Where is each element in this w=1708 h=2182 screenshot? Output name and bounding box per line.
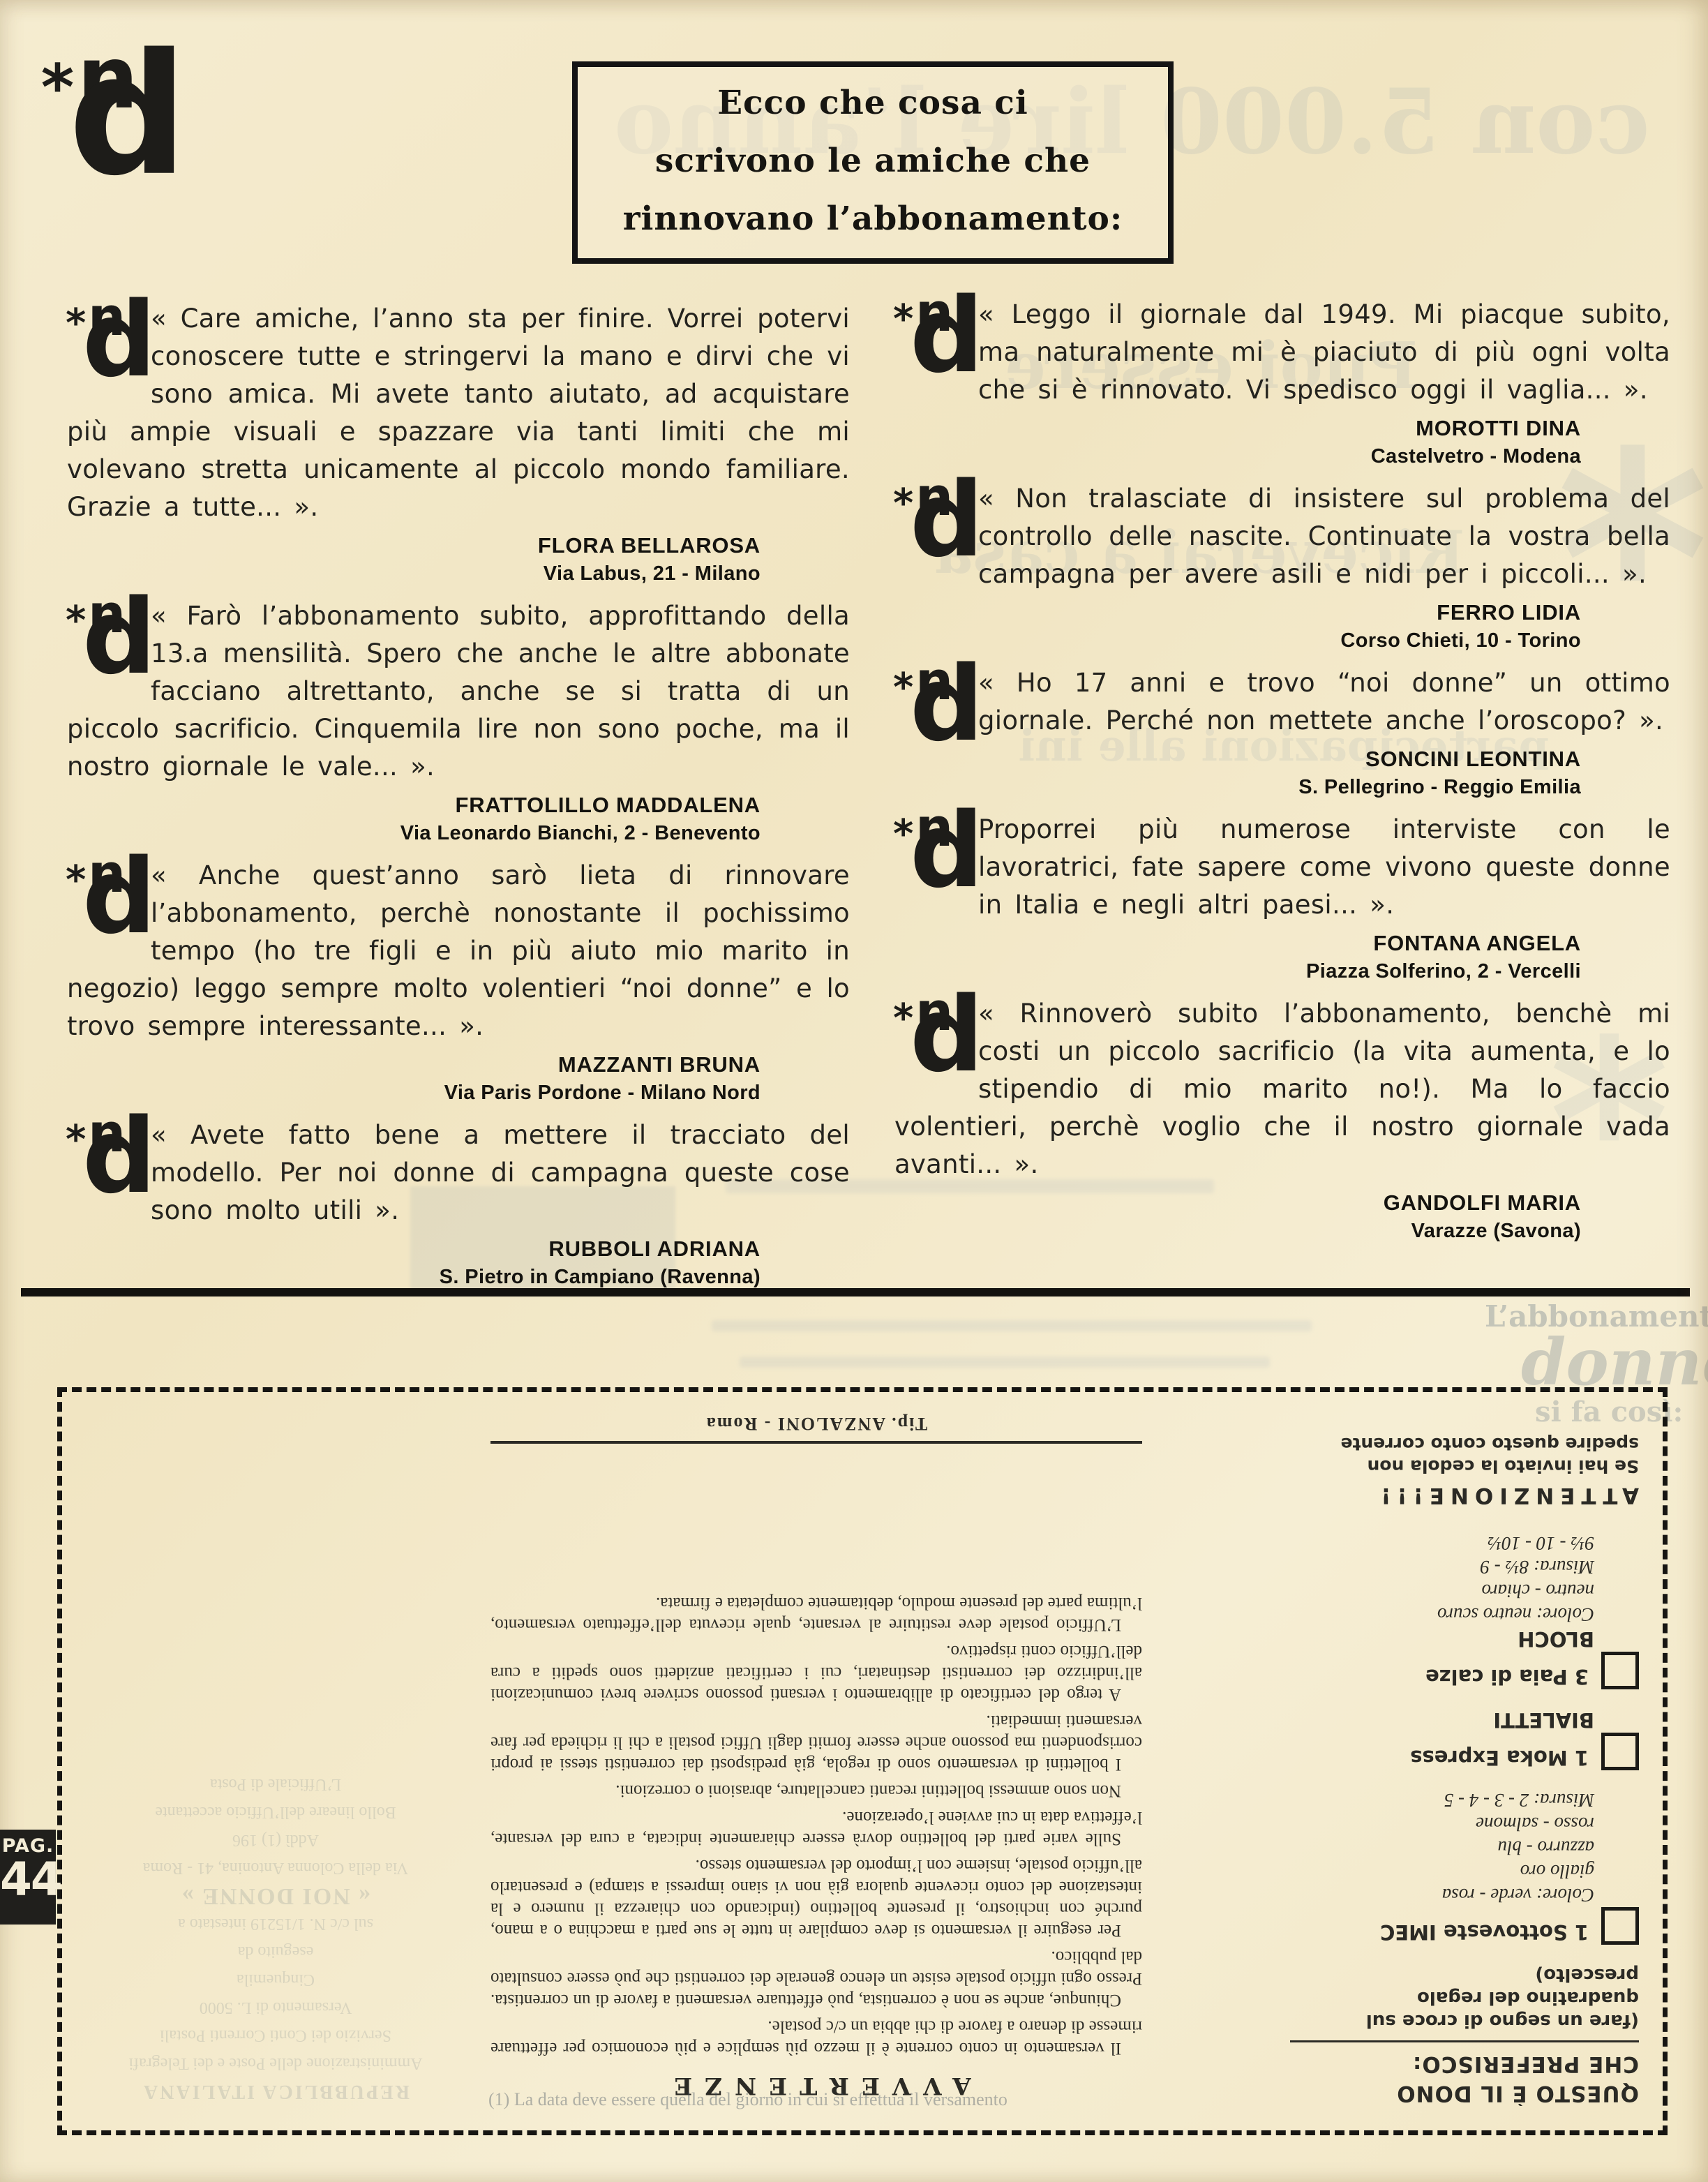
ghost-text: eseguito da [86, 1938, 465, 1966]
noi-donne-logo: * n d [67, 599, 147, 687]
ghost-text-bar [740, 1357, 1270, 1368]
logo-letter-d: d [910, 981, 981, 1089]
letters-column-left: * n d « Care amiche, l’anno sta per fini… [67, 300, 850, 1301]
ghost-text: L’abbonamento [1485, 1299, 1708, 1333]
reader-letter: * n d « Rinnoverò subito l’abbonamento, … [894, 995, 1670, 1245]
signature-name: SONCINI LEONTINA [894, 745, 1581, 773]
noi-donne-logo: * n d [894, 666, 974, 754]
signature-address: S. Pietro in Campiano (Ravenna) [67, 1263, 761, 1291]
gift-item: 1 Sottoveste IMEC Colore: verde - rosa g… [1167, 1788, 1639, 1945]
gift-color-option: neutro - chiaro [1167, 1579, 1639, 1603]
gift-item-brand: BLOCH [1167, 1627, 1639, 1652]
ghost-text: « NOI DONNE » [86, 1882, 465, 1910]
logo-letter-d: d [82, 583, 153, 692]
letter-text: « Anche quest’anno sarò lieta di rinnova… [67, 857, 850, 1045]
letter-signature: SONCINI LEONTINA S. Pellegrino - Reggio … [894, 745, 1670, 801]
avvertenze-paragraph: Chiunque, anche se non è correntista, pu… [490, 1946, 1142, 2011]
gift-item-label: 1 Moka Express [1410, 1745, 1589, 1770]
letter-text: « Rinnoverò subito l’abbonamento, benchè… [894, 995, 1670, 1183]
reader-letter: * n d « Anche quest’anno sarò lieta di r… [67, 857, 850, 1107]
letter-signature: FONTANA ANGELA Piazza Solferino, 2 - Ver… [894, 929, 1670, 985]
ghost-text: sul c/c N. 1/15219 intestato a [86, 1910, 465, 1938]
signature-address: Varazze (Savona) [894, 1217, 1581, 1245]
signature-name: RUBBOLI ADRIANA [67, 1235, 761, 1263]
page-number: 44 [0, 1857, 56, 1903]
gift-heading: QUESTO È IL DONO [1167, 2079, 1639, 2108]
ghost-text: L’Ufficiale di Posta [86, 1770, 465, 1798]
reader-letter: * n d « Farò l’abbonamento subito, appro… [67, 597, 850, 847]
gift-checkbox[interactable] [1601, 1652, 1639, 1689]
noi-donne-logo: * n d [67, 301, 147, 389]
avvertenze-paragraph: Non sono ammessi bollettini recanti canc… [490, 1780, 1142, 1802]
section-divider [21, 1288, 1690, 1297]
letter-signature: GANDOLFI MARIA Varazze (Savona) [894, 1189, 1670, 1245]
gift-item-brand: BIALETTI [1167, 1708, 1639, 1733]
noi-donne-logo: * n d [67, 1118, 147, 1206]
signature-address: Corso Chieti, 10 - Torino [894, 627, 1581, 655]
ghost-text: Addì (1) 196 [86, 1826, 465, 1854]
avvertenze-paragraph: A tergo del certificato di allibramento … [490, 1641, 1142, 1705]
letter-text: « Leggo il giornale dal 1949. Mi piacque… [894, 296, 1670, 409]
signature-name: MOROTTI DINA [894, 414, 1581, 442]
noi-donne-logo: * n d [43, 53, 172, 195]
signature-name: FONTANA ANGELA [894, 929, 1581, 957]
letter-text: Proporrei più numerose interviste con le… [894, 811, 1670, 924]
letter-signature: MAZZANTI BRUNA Via Paris Pordone - Milan… [67, 1051, 850, 1107]
gift-item-label: 1 Sottoveste IMEC [1380, 1920, 1589, 1945]
signature-name: FERRO LIDIA [894, 599, 1581, 627]
reader-letter: * n d Proporrei più numerose interviste … [894, 811, 1670, 985]
ghost-text: Versamento di L. 5000 [86, 1994, 465, 2022]
avvertenze-paragraph: I bollettini di versamento sono di regol… [490, 1710, 1142, 1775]
avvertenze-paragraph: Il versamento in conto corrente è il mez… [490, 2016, 1142, 2059]
avvertenze-paragraph: L’Ufficio postale deve restituire al ver… [490, 1592, 1142, 1636]
letter-signature: FERRO LIDIA Corso Chieti, 10 - Torino [894, 599, 1670, 655]
gift-note: (fare un segno di croce sul quadratino d… [1346, 1963, 1639, 2032]
reader-letter: * n d « Non tralasciate di insistere sul… [894, 480, 1670, 655]
signature-address: Via Paris Pordone - Milano Nord [67, 1079, 761, 1107]
letter-text: « Non tralasciate di insistere sul probl… [894, 480, 1670, 593]
gift-color-option: giallo oro [1167, 1860, 1639, 1883]
logo-letter-d: d [82, 843, 153, 951]
noi-donne-logo: * n d [894, 481, 974, 569]
signature-address: Castelvetro - Modena [894, 442, 1581, 470]
reader-letter: * n d « Leggo il giornale dal 1949. Mi p… [894, 296, 1670, 470]
attention-note: Se hai inviato la cedola non [1167, 1455, 1639, 1477]
gift-size-option: Misura: 8½ - 9 [1167, 1555, 1639, 1579]
ghost-text: REPUBBLICA ITALIANA [86, 2077, 465, 2105]
letter-text: « Farò l’abbonamento subito, approfittan… [67, 597, 850, 786]
letter-signature: FLORA BELLAROSA Via Labus, 21 - Milano [67, 532, 850, 588]
header-line: Ecco che cosa ci [578, 74, 1168, 132]
letter-signature: MOROTTI DINA Castelvetro - Modena [894, 414, 1670, 470]
letter-text: « Care amiche, l’anno sta per finire. Vo… [67, 300, 850, 526]
ghost-text-bar [712, 1320, 1312, 1331]
logo-letter-d: d [68, 28, 183, 204]
signature-name: GANDOLFI MARIA [894, 1189, 1581, 1217]
noi-donne-logo: * n d [894, 297, 974, 385]
noi-donne-logo: * n d [894, 812, 974, 900]
divider [1290, 2040, 1639, 2042]
letter-signature: RUBBOLI ADRIANA S. Pietro in Campiano (R… [67, 1235, 850, 1291]
logo-letter-d: d [82, 1103, 153, 1211]
reader-letter: * n d « Care amiche, l’anno sta per fini… [67, 300, 850, 588]
logo-letter-d: d [910, 797, 981, 905]
reader-letter: * n d « Ho 17 anni e trovo “noi donne” u… [894, 664, 1670, 801]
avvertenze-column: AVVERTENZE Il versamento in conto corren… [490, 1410, 1142, 2112]
printer-credit: Tip. ANZALONI - Roma [490, 1410, 1142, 1434]
gift-color-option: Colore: verde - rosa [1167, 1883, 1639, 1907]
gift-heading: CHE PREFERISCO: [1167, 2049, 1639, 2079]
ghost-text: Amministrazione delle Poste e dei Telegr… [86, 2049, 465, 2077]
logo-letter-d: d [910, 650, 981, 759]
gift-color-option: azzurro - blu [1167, 1836, 1639, 1860]
reader-letter: * n d « Avete fatto bene a mettere il tr… [67, 1116, 850, 1291]
signature-name: FRATTOLILLO MADDALENA [67, 791, 761, 819]
gift-choice-column: QUESTO È IL DONO CHE PREFERISCO: (fare u… [1167, 1410, 1639, 2112]
page-number-tab: PAG. 44 [0, 1830, 56, 1925]
signature-address: S. Pellegrino - Reggio Emilia [894, 773, 1581, 801]
gift-color-option: Colore: neutro scuro [1167, 1603, 1639, 1627]
logo-letter-d: d [910, 282, 981, 390]
postal-form-box: QUESTO È IL DONO CHE PREFERISCO: (fare u… [57, 1387, 1668, 2135]
signature-address: Via Labus, 21 - Milano [67, 560, 761, 588]
letter-text: « Avete fatto bene a mettere il tracciat… [67, 1116, 850, 1230]
header-line: rinnovano l’abbonamento: [578, 190, 1168, 248]
attention-heading: ATTENZIONE!!! [1167, 1483, 1639, 1508]
letter-signature: FRATTOLILLO MADDALENA Via Leonardo Bianc… [67, 791, 850, 847]
gift-checkbox[interactable] [1601, 1733, 1639, 1770]
logo-letter-d: d [82, 286, 153, 394]
attention-note: spedire questo conto corrente [1167, 1433, 1639, 1455]
logo-letter-d: d [910, 466, 981, 574]
gift-size-option: 9½ - 10 - 10½ [1167, 1532, 1639, 1555]
signature-address: Piazza Solferino, 2 - Vercelli [894, 957, 1581, 985]
magazine-page: con 5.000 lire l’anno Puoi essere Riceve… [0, 0, 1708, 2182]
gift-item-label: 3 Paia di calze [1425, 1664, 1589, 1689]
divider [490, 1441, 1142, 1444]
letters-column-right: * n d « Leggo il giornale dal 1949. Mi p… [894, 296, 1670, 1255]
header-box: Ecco che cosa ci scrivono le amiche che … [572, 61, 1174, 264]
signature-name: MAZZANTI BRUNA [67, 1051, 761, 1079]
ghost-text: Servizio dei Conti Correnti Postali [86, 2022, 465, 2049]
ghost-text: Cinquemila [86, 1966, 465, 1994]
gift-checkbox[interactable] [1601, 1907, 1639, 1945]
gift-size-option: Misura: 2 - 3 - 4 - 5 [1167, 1788, 1639, 1812]
noi-donne-logo: * n d [67, 858, 147, 946]
header-line: scrivono le amiche che [578, 132, 1168, 190]
signature-address: Via Leonardo Bianchi, 2 - Benevento [67, 819, 761, 847]
ghost-text: Bollo lineare dell’Ufficio accettante [86, 1798, 465, 1826]
gift-color-option: rosso - salmone [1167, 1812, 1639, 1836]
gift-item: 3 Paia di calze BLOCH Colore: neutro scu… [1167, 1532, 1639, 1689]
noi-donne-logo: * n d [894, 996, 974, 1084]
form-ghost-column: REPUBBLICA ITALIANA Amministrazione dell… [86, 1410, 465, 2112]
postal-form-rotated: QUESTO È IL DONO CHE PREFERISCO: (fare u… [68, 1398, 1657, 2125]
signature-name: FLORA BELLAROSA [67, 532, 761, 560]
gift-item: 1 Moka Express BIALETTI [1167, 1708, 1639, 1770]
avvertenze-paragraph: Sulle varie parti del bollettino dovrà e… [490, 1807, 1142, 1850]
ghost-text: Via della Colonna Antonina, 41 - Roma [86, 1854, 465, 1882]
avvertenze-paragraph: Per eseguire il versamento si deve compi… [490, 1855, 1142, 1941]
letter-text: « Ho 17 anni e trovo “noi donne” un otti… [894, 664, 1670, 740]
ghost-footnote: (1) La data deve essere quella del giorn… [488, 2089, 1186, 2110]
